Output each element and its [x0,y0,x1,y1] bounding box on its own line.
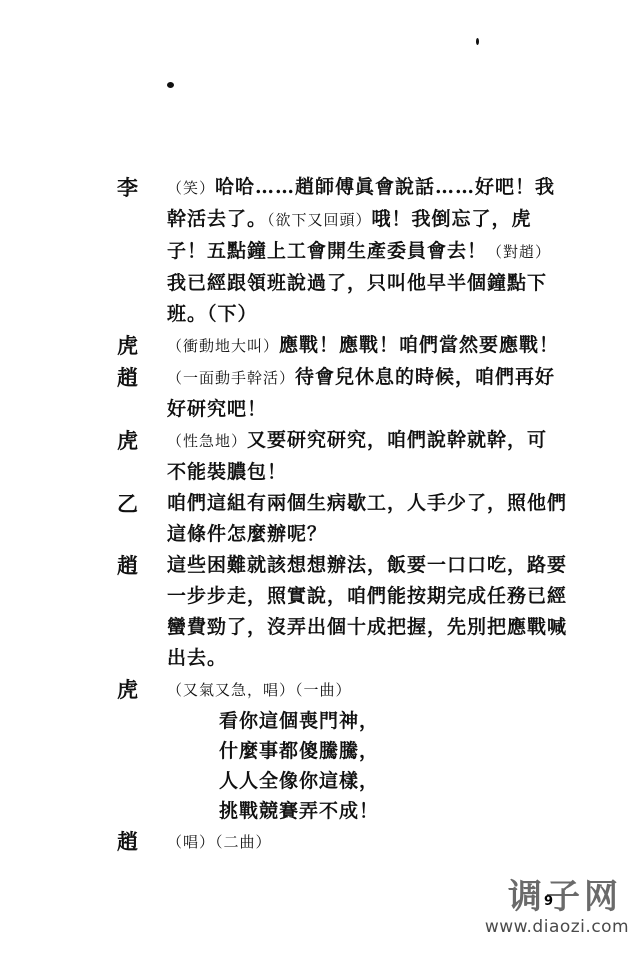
speaker-name: 趙 [117,550,167,581]
dialogue-line: 一步步走，照實說，咱們能按期完成任務已經 [167,581,587,612]
dialogue-line: （衝動地大叫）應戰！應戰！咱們當然要應戰！ [167,330,587,362]
stage-direction: （對趙） [487,243,551,261]
dialogue-line: 這些困難就該想想辦法，飯要一口口吃，路要 [167,550,587,581]
speaker-name: 李 [117,172,167,203]
dialogue-lines: （性急地）又要研究研究，咱們說幹就幹，可不能裝膿包！ [167,425,587,488]
dialogue-line: （唱）（二曲） [167,826,587,858]
speaker-name: 虎 [117,674,167,705]
song-lyrics: 看你這個喪門神，什麼事都傻騰騰，人人全像你這樣，挑戰競賽弄不成！ [167,706,587,826]
watermark: 调子网 www.diaozi.com [495,878,635,938]
dialogue-line: （一面動手幹活）待會兒休息的時候，咱們再好 [167,362,587,394]
dialogue-line: 出去。 [167,643,587,674]
dialogue-line: 蠻費勁了，沒弄出個十成把握，先別把應戰喊 [167,612,587,643]
dialogue-lines: （笑）哈哈……趙師傅眞會說話……好吧！我幹活去了。（欲下又回頭）哦！我倒忘了，虎… [167,172,587,330]
stage-direction: （唱）（二曲） [167,833,272,851]
dialogue-text: 出去。 [167,647,227,669]
dialogue-entry: 虎（又氣又急，唱）（一曲）看你這個喪門神，什麼事都傻騰騰，人人全像你這樣，挑戰競… [117,674,587,826]
dialogue-line: 我已經跟領班說過了，只叫他早半個鐘點下 [167,268,587,299]
dialogue-text: 哦！我倒忘了，虎 [372,208,532,230]
dialogue-line: （性急地）又要研究研究，咱們說幹就幹，可 [167,425,587,457]
dialogue-line: 這條件怎麼辦呢？ [167,519,587,550]
page-number: 9 [544,894,553,909]
dialogue-line: （笑）哈哈……趙師傅眞會說話……好吧！我 [167,172,587,204]
dialogue-lines: （衝動地大叫）應戰！應戰！咱們當然要應戰！ [167,330,587,362]
print-speck [167,82,174,88]
dialogue-text: 蠻費勁了，沒弄出個十成把握，先別把應戰喊 [167,616,567,638]
speaker-name: 趙 [117,826,167,857]
lyric-line: 看你這個喪門神， [219,706,587,736]
watermark-title: 调子网 [495,878,635,916]
dialogue-line: 不能裝膿包！ [167,457,587,488]
dialogue-entry: 乙咱們這組有兩個生病歇工，人手少了，照他們這條件怎麼辦呢？ [117,488,587,550]
watermark-url: www.diaozi.com [479,916,635,938]
speaker-name: 虎 [117,425,167,456]
speaker-name: 趙 [117,362,167,393]
speaker-name: 乙 [117,488,167,519]
print-speck [476,38,479,45]
dialogue-entry: 趙這些困難就該想想辦法，飯要一口口吃，路要一步步走，照實說，咱們能按期完成任務已… [117,550,587,674]
dialogue-text: 不能裝膿包！ [167,461,287,483]
dialogue-line: 好研究吧！ [167,394,587,425]
dialogue-text: 一步步走，照實說，咱們能按期完成任務已經 [167,585,567,607]
stage-direction: （衝動地大叫） [167,337,279,355]
dialogue-text: 這些困難就該想想辦法，飯要一口口吃，路要 [167,554,567,576]
dialogue-line: 班。（下） [167,299,587,330]
stage-direction: （欲下又回頭） [267,211,372,229]
dialogue-text: 咱們這組有兩個生病歇工，人手少了，照他們 [167,492,567,514]
dialogue-text: 哈哈……趙師傅眞會說話……好吧！我 [215,176,555,198]
dialogue-entry: 虎（性急地）又要研究研究，咱們說幹就幹，可不能裝膿包！ [117,425,587,488]
dialogue-line: 咱們這組有兩個生病歇工，人手少了，照他們 [167,488,587,519]
dialogue-text: 幹活去了。 [167,208,267,230]
stage-direction: （又氣又急，唱）（一曲） [167,681,352,699]
dialogue-line: （又氣又急，唱）（一曲） [167,674,587,706]
dialogue-entry: 趙（一面動手幹活）待會兒休息的時候，咱們再好好研究吧！ [117,362,587,425]
stage-direction: （性急地） [167,432,247,450]
dialogue-lines: 這些困難就該想想辦法，飯要一口口吃，路要一步步走，照實說，咱們能按期完成任務已經… [167,550,587,674]
dialogue-line: 幹活去了。（欲下又回頭）哦！我倒忘了，虎 [167,204,587,236]
lyric-line: 挑戰競賽弄不成！ [219,796,587,826]
speaker-name: 虎 [117,330,167,361]
dialogue-text: 我已經跟領班說過了，只叫他早半個鐘點下 [167,272,547,294]
dialogue-lines: （一面動手幹活）待會兒休息的時候，咱們再好好研究吧！ [167,362,587,425]
dialogue-entry: 虎（衝動地大叫）應戰！應戰！咱們當然要應戰！ [117,330,587,362]
dialogue-text: 這條件怎麼辦呢？ [167,523,327,545]
stage-direction: （笑） [167,179,215,197]
stage-direction: （一面動手幹活） [167,369,295,387]
dialogue-text: 好研究吧！ [167,398,267,420]
dialogue-text: 應戰！應戰！咱們當然要應戰！ [279,334,559,356]
dialogue-text: 又要研究研究，咱們說幹就幹，可 [247,429,547,451]
lyric-line: 什麼事都傻騰騰， [219,736,587,766]
dialogue-entry: 李（笑）哈哈……趙師傅眞會說話……好吧！我幹活去了。（欲下又回頭）哦！我倒忘了，… [117,172,587,330]
dialogue-lines: （又氣又急，唱）（一曲）看你這個喪門神，什麼事都傻騰騰，人人全像你這樣，挑戰競賽… [167,674,587,826]
dialogue-text: 待會兒休息的時候，咱們再好 [295,366,555,388]
dialogue-lines: 咱們這組有兩個生病歇工，人手少了，照他們這條件怎麼辦呢？ [167,488,587,550]
play-script: 李（笑）哈哈……趙師傅眞會說話……好吧！我幹活去了。（欲下又回頭）哦！我倒忘了，… [117,172,587,858]
dialogue-line: 子！五點鐘上工會開生產委員會去！（對趙） [167,236,587,268]
dialogue-lines: （唱）（二曲） [167,826,587,858]
lyric-line: 人人全像你這樣， [219,766,587,796]
dialogue-text: 子！五點鐘上工會開生產委員會去！ [167,240,487,262]
dialogue-entry: 趙（唱）（二曲） [117,826,587,858]
dialogue-text: 班。（下） [167,303,258,325]
